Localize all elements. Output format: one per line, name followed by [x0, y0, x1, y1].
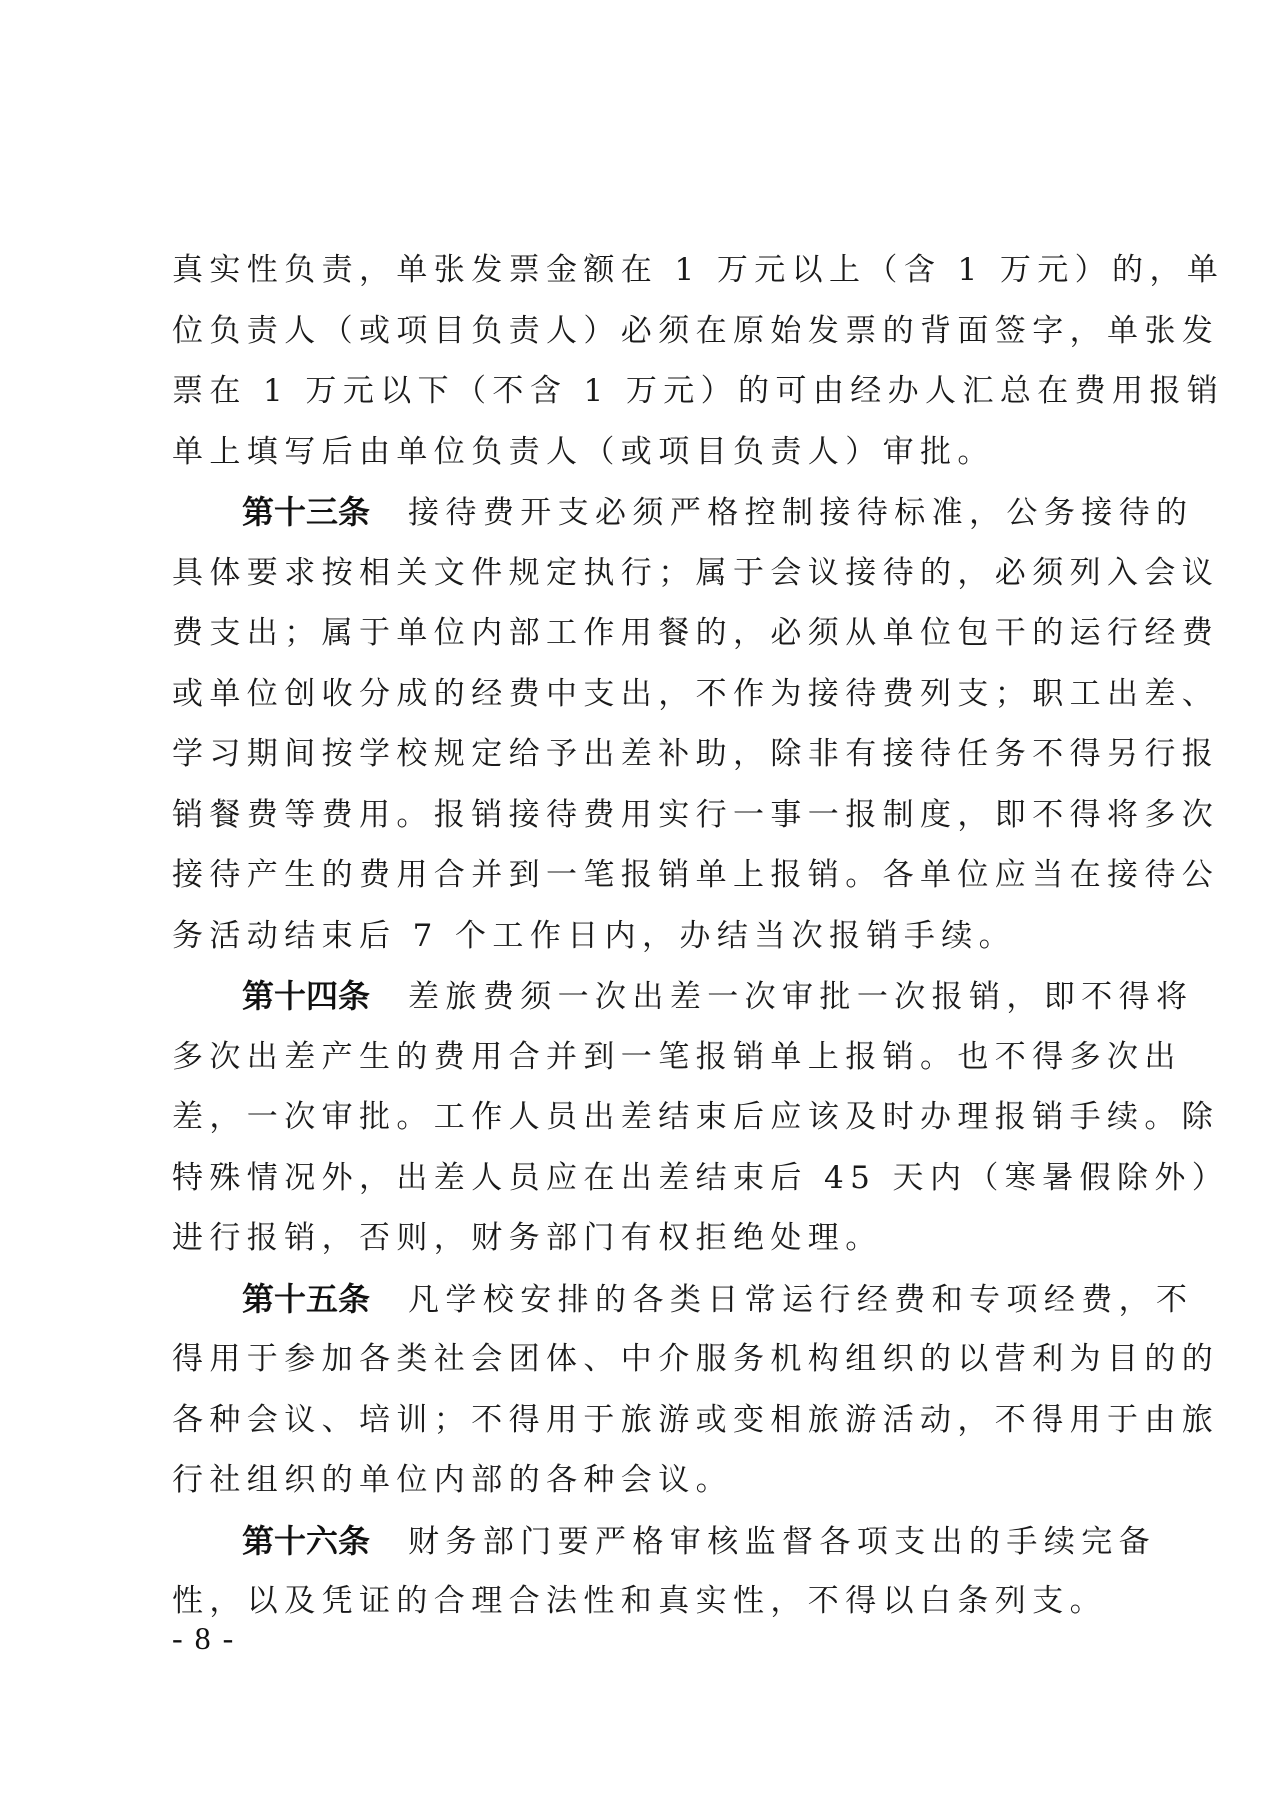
- text-line-first: 第十三条接待费开支必须严格控制接待标准，公务接待的: [172, 482, 1120, 543]
- document-page: 真实性负责，单张发票金额在 1 万元以上（含 1 万元）的，单 位负责人（或项目…: [0, 0, 1280, 1810]
- text-line: 位负责人（或项目负责人）必须在原始发票的背面签字，单张发: [172, 301, 1120, 362]
- text-run: 接待费开支必须严格控制接待标准，公务接待的: [408, 495, 1193, 531]
- article-heading: 第十四条: [242, 977, 370, 1015]
- text-line: 各种会议、培训；不得用于旅游或变相旅游活动，不得用于由旅: [172, 1390, 1120, 1451]
- paragraph-continuation: 真实性负责，单张发票金额在 1 万元以上（含 1 万元）的，单 位负责人（或项目…: [172, 240, 1120, 482]
- text-line-first: 第十四条差旅费须一次出差一次审批一次报销，即不得将: [172, 966, 1120, 1027]
- text-line: 或单位创收分成的经费中支出，不作为接待费列支；职工出差、: [172, 664, 1120, 725]
- text-line: 具体要求按相关文件规定执行；属于会议接待的，必须列入会议: [172, 543, 1120, 604]
- text-line: 销餐费等费用。报销接待费用实行一事一报制度，即不得将多次: [172, 785, 1120, 846]
- article-heading: 第十六条: [242, 1522, 370, 1560]
- article-15: 第十五条凡学校安排的各类日常运行经费和专项经费，不 得用于参加各类社会团体、中介…: [172, 1269, 1120, 1511]
- text-line: 性，以及凭证的合理合法性和真实性，不得以白条列支。: [172, 1571, 1120, 1632]
- text-run: 财务部门要严格审核监督各项支出的手续完备: [408, 1524, 1156, 1560]
- text-line: 学习期间按学校规定给予出差补助，除非有接待任务不得另行报: [172, 724, 1120, 785]
- article-heading: 第十三条: [242, 493, 370, 531]
- text-line: 真实性负责，单张发票金额在 1 万元以上（含 1 万元）的，单: [172, 240, 1120, 301]
- body-text: 真实性负责，单张发票金额在 1 万元以上（含 1 万元）的，单 位负责人（或项目…: [172, 240, 1120, 1632]
- text-line-first: 第十六条财务部门要严格审核监督各项支出的手续完备: [172, 1511, 1120, 1572]
- page-number: - 8 -: [172, 1620, 235, 1657]
- text-line: 得用于参加各类社会团体、中介服务机构组织的以营利为目的的: [172, 1329, 1120, 1390]
- text-run: 差旅费须一次出差一次审批一次报销，即不得将: [408, 979, 1193, 1015]
- text-line: 多次出差产生的费用合并到一笔报销单上报销。也不得多次出: [172, 1027, 1120, 1088]
- article-13: 第十三条接待费开支必须严格控制接待标准，公务接待的 具体要求按相关文件规定执行；…: [172, 482, 1120, 966]
- text-line: 接待产生的费用合并到一笔报销单上报销。各单位应当在接待公: [172, 845, 1120, 906]
- text-line-first: 第十五条凡学校安排的各类日常运行经费和专项经费，不: [172, 1269, 1120, 1330]
- text-run: 凡学校安排的各类日常运行经费和专项经费，不: [408, 1282, 1193, 1318]
- text-line: 特殊情况外，出差人员应在出差结束后 45 天内（寒暑假除外）: [172, 1148, 1120, 1209]
- text-line: 进行报销，否则，财务部门有权拒绝处理。: [172, 1208, 1120, 1269]
- text-line: 差，一次审批。工作人员出差结束后应该及时办理报销手续。除: [172, 1087, 1120, 1148]
- text-line: 行社组织的单位内部的各种会议。: [172, 1450, 1120, 1511]
- text-line: 务活动结束后 7 个工作日内，办结当次报销手续。: [172, 906, 1120, 967]
- article-heading: 第十五条: [242, 1280, 370, 1318]
- article-14: 第十四条差旅费须一次出差一次审批一次报销，即不得将 多次出差产生的费用合并到一笔…: [172, 966, 1120, 1269]
- article-16: 第十六条财务部门要严格审核监督各项支出的手续完备 性，以及凭证的合理合法性和真实…: [172, 1511, 1120, 1632]
- text-line: 单上填写后由单位负责人（或项目负责人）审批。: [172, 422, 1120, 483]
- text-line: 费支出；属于单位内部工作用餐的，必须从单位包干的运行经费: [172, 603, 1120, 664]
- text-line: 票在 1 万元以下（不含 1 万元）的可由经办人汇总在费用报销: [172, 361, 1120, 422]
